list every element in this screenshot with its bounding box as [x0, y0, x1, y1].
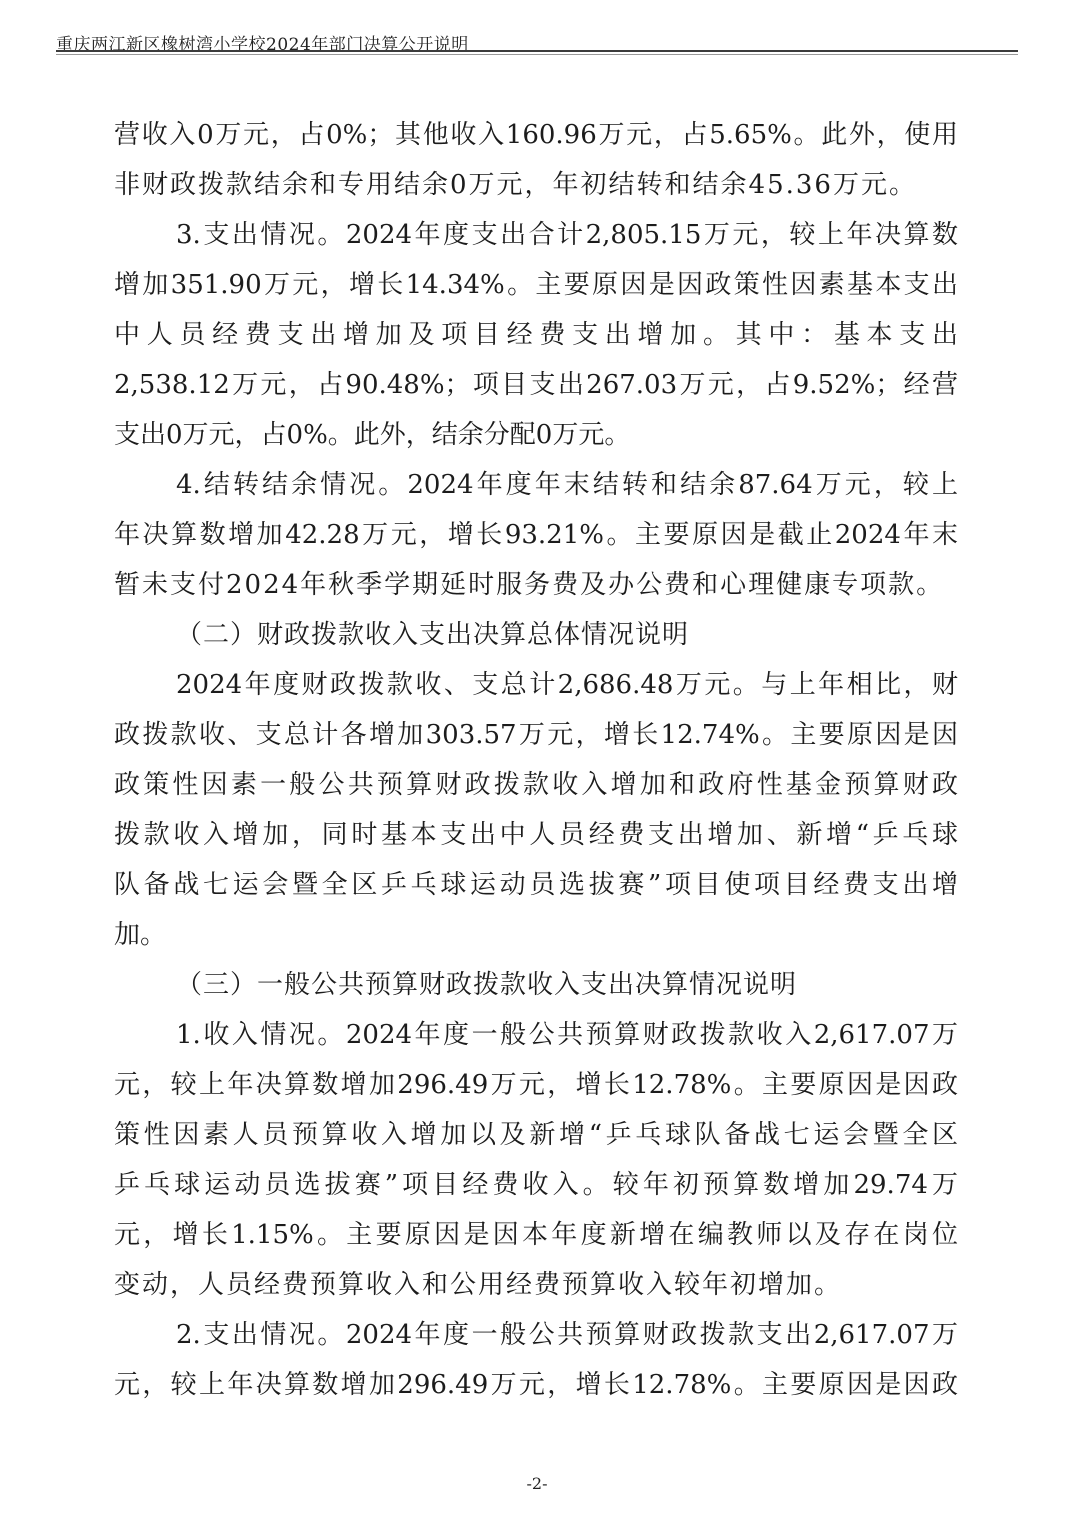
text-line: 年决算数增加42.28万元，增长93.21%。主要原因是截止2024年末 [114, 510, 958, 560]
text-line: 支出0万元，占0%。此外，结余分配0万元。 [114, 410, 958, 460]
text-line: 1.收入情况。2024年度一般公共预算财政拨款收入2,617.07万 [114, 1010, 958, 1060]
text-line: 策性因素人员预算收入增加以及新增“乒乓球队备战七运会暨全区 [114, 1110, 958, 1160]
text-line: 变动，人员经费预算收入和公用经费预算收入较年初增加。 [114, 1260, 958, 1310]
text-line: 队备战七运会暨全区乒乓球运动员选拔赛”项目使项目经费支出增 [114, 860, 958, 910]
text-line: 营收入0万元，占0%；其他收入160.96万元，占5.65%。此外，使用 [114, 110, 958, 160]
text-line: 乒乓球运动员选拔赛”项目经费收入。较年初预算数增加29.74万 [114, 1160, 958, 1210]
text-line: 拨款收入增加，同时基本支出中人员经费支出增加、新增“乒乓球 [114, 810, 958, 860]
text-line: 非财政拨款结余和专用结余0万元，年初结转和结余45.36万元。 [114, 160, 958, 210]
text-line: 政拨款收、支总计各增加303.57万元，增长12.74%。主要原因是因 [114, 710, 958, 760]
text-line: 2,538.12万元，占90.48%；项目支出267.03万元，占9.52%；经… [114, 360, 958, 410]
section-heading: （二）财政拨款收入支出决算总体情况说明 [114, 610, 958, 660]
text-line: 2024年度财政拨款收、支总计2,686.48万元。与上年相比，财 [114, 660, 958, 710]
text-line: 政策性因素一般公共预算财政拨款收入增加和政府性基金预算财政 [114, 760, 958, 810]
text-line: 暂未支付2024年秋季学期延时服务费及办公费和心理健康专项款。 [114, 560, 958, 610]
text-line: 4.结转结余情况。2024年度年末结转和结余87.64万元，较上 [114, 460, 958, 510]
text-line: 增加351.90万元，增长14.34%。主要原因是因政策性因素基本支出 [114, 260, 958, 310]
document-body: 营收入0万元，占0%；其他收入160.96万元，占5.65%。此外，使用 非财政… [114, 110, 958, 1410]
text-line: 元，较上年决算数增加296.49万元，增长12.78%。主要原因是因政 [114, 1060, 958, 1110]
text-line: 元，增长1.15%。主要原因是因本年度新增在编教师以及存在岗位 [114, 1210, 958, 1260]
text-line: 中人员经费支出增加及项目经费支出增加。其中：基本支出 [114, 310, 958, 360]
header-rule [56, 50, 1018, 55]
page-number: -2- [0, 1474, 1074, 1493]
text-line: 加。 [114, 910, 958, 960]
section-heading: （三）一般公共预算财政拨款收入支出决算情况说明 [114, 960, 958, 1010]
text-line: 3.支出情况。2024年度支出合计2,805.15万元，较上年决算数 [114, 210, 958, 260]
document-page: 重庆两江新区橡树湾小学校2024年部门决算公开说明 营收入0万元，占0%；其他收… [0, 0, 1074, 1520]
text-line: 元，较上年决算数增加296.49万元，增长12.78%。主要原因是因政 [114, 1360, 958, 1410]
text-line: 2.支出情况。2024年度一般公共预算财政拨款支出2,617.07万 [114, 1310, 958, 1360]
